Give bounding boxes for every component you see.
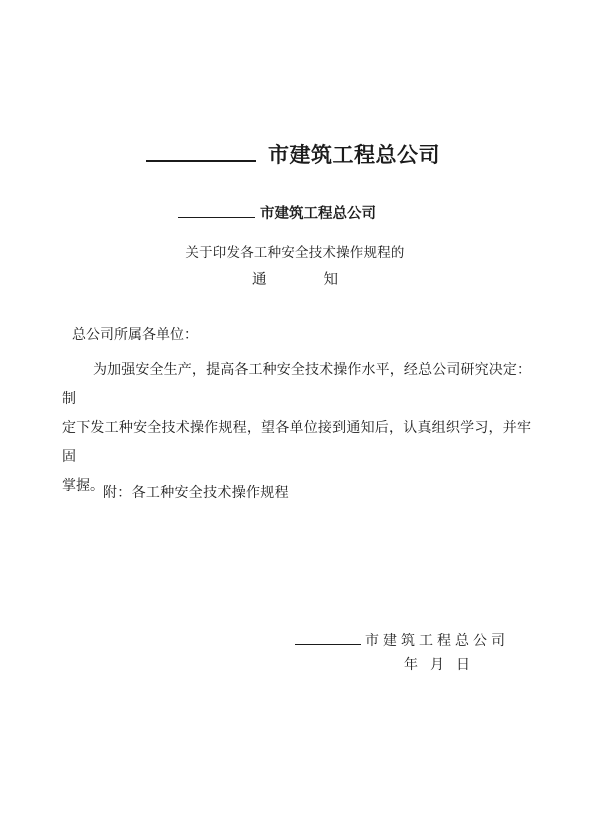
attachment-note: 附：各工种安全技术操作规程: [103, 485, 289, 503]
notice-word: 通 知: [0, 272, 590, 289]
date-day-label: 日: [456, 657, 470, 674]
body-line: 定下发工种安全技术操作规程，望各单位接到通知后，认真组织学习，并牢固: [62, 414, 531, 472]
body-paragraph: 为加强安全生产，提高各工种安全技术操作水平，经总公司研究决定：制 定下发工种安全…: [62, 356, 531, 501]
document-subject: 关于印发各工种安全技术操作规程的: [0, 245, 590, 261]
date-year-label: 年: [404, 657, 418, 674]
issuer-company-name: 市建筑工程总公司: [260, 206, 376, 222]
signature-block: 市建筑工程总公司: [295, 633, 509, 650]
date-line: 年 月 日: [404, 657, 470, 674]
document-page: 市建筑工程总公司 市建筑工程总公司 关于印发各工种安全技术操作规程的 通 知 总…: [0, 0, 590, 835]
letterhead-blank-fill-line: [146, 160, 256, 162]
notice-word-char-2: 知: [324, 272, 339, 289]
salutation: 总公司所属各单位：: [72, 327, 198, 345]
date-month-label: 月: [430, 657, 444, 674]
issuer-line: 市建筑工程总公司: [178, 206, 376, 222]
letterhead: 市建筑工程总公司: [146, 144, 440, 167]
body-line: 为加强安全生产，提高各工种安全技术操作水平，经总公司研究决定：制: [62, 356, 531, 414]
issuer-blank-fill-line: [178, 217, 255, 218]
letterhead-company-name: 市建筑工程总公司: [268, 144, 440, 167]
notice-word-char-1: 通: [252, 272, 267, 289]
signature-company-name: 市建筑工程总公司: [365, 633, 509, 650]
signature-blank-fill-line: [295, 644, 361, 645]
